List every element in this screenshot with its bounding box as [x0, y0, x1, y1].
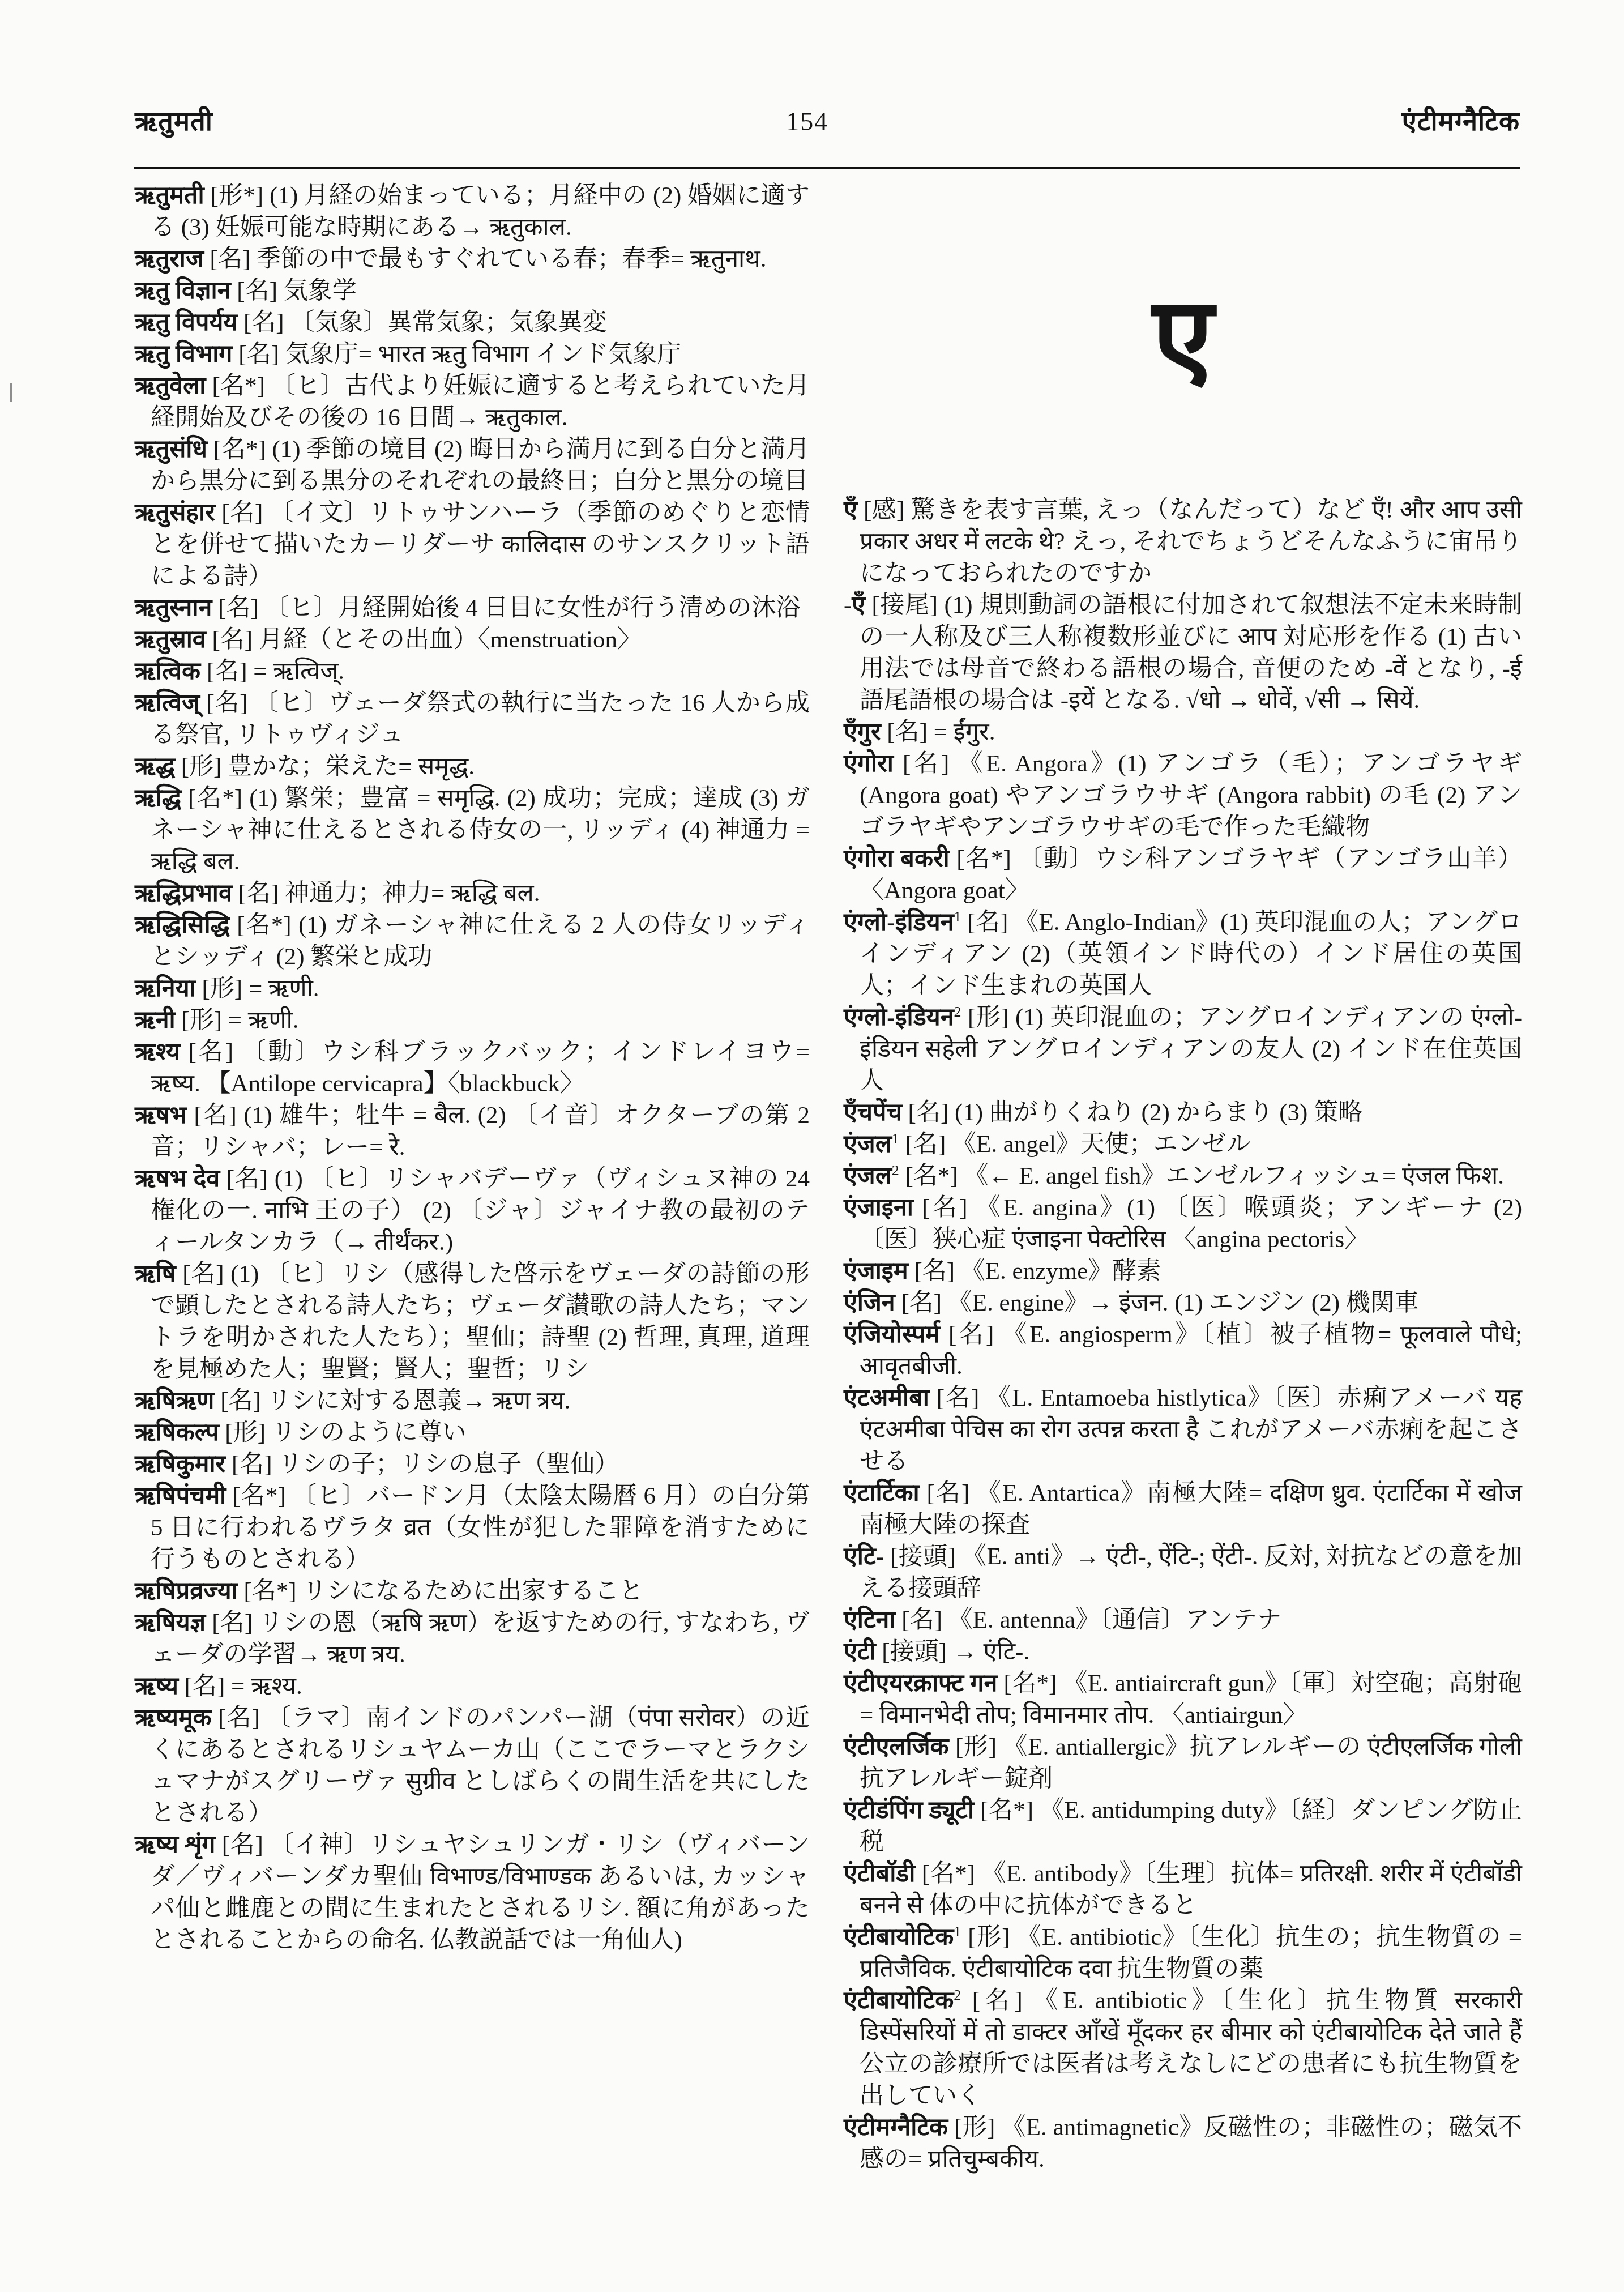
- dictionary-entry: ऋषिकुमार [名] リシの子；リシの息子（聖仙）: [135, 1449, 810, 1480]
- dictionary-entry: ऋनी [形] = ऋणी.: [135, 1005, 810, 1036]
- entry-headword: एंजल: [844, 1163, 892, 1189]
- dictionary-entry: ऋषिपंचमी [名*] 〔ヒ〕バードン月（太陰太陽暦 6 月）の白分第 5 …: [135, 1480, 810, 1576]
- entry-headword: एंजाइना: [844, 1194, 913, 1221]
- entry-pos-label: [形]: [202, 975, 243, 1002]
- entry-pos-label: [名]: [901, 1290, 942, 1316]
- entry-pos-label: [名]: [212, 626, 253, 653]
- entry-pos-label: [形]: [181, 753, 222, 780]
- dictionary-entry: ऋद्ध [形] 豊かな；栄えた= समृद्ध.: [135, 751, 810, 783]
- entry-headword: एंटीएयरक्राफ्ट गन: [844, 1670, 997, 1697]
- header-rule: [134, 167, 1520, 169]
- entry-headword: एँ: [844, 497, 857, 523]
- entry-pos-label: [名*]: [237, 912, 291, 938]
- entry-headword: ऋतुस्राव: [135, 626, 206, 653]
- entry-headword: एंटीबायोटिक: [844, 1924, 954, 1950]
- entry-definition: = ऋत्विज्.: [253, 658, 344, 685]
- dictionary-entry: एंटिना [名] 《E. antenna》〔通信〕アンテナ: [844, 1604, 1522, 1636]
- dictionary-entry: एँ [感] 驚きを表す言葉, えっ（なんだって）など एँ! और आप उस…: [844, 494, 1522, 590]
- entry-headword: ऋषि: [135, 1261, 176, 1287]
- dictionary-entry: ऋद्धिसिद्धि [名*] (1) ガネーシャ神に仕える 2 人の侍女リッ…: [135, 910, 810, 973]
- dictionary-entry: ऋषभ देव [名] (1) 〔ヒ〕リシャバデーヴァ（ヴィシュヌ神の 24 権…: [135, 1163, 810, 1258]
- entry-superscript: 2: [954, 1987, 961, 2003]
- entry-definition: 豊かな；栄えた= समृद्ध.: [228, 753, 475, 780]
- entry-pos-label: [名]: [922, 1194, 968, 1221]
- dictionary-entry: एंजल1 [名] 《E. angel》天使；エンゼル: [844, 1129, 1522, 1160]
- entry-headword: ऋषिकल्प: [135, 1419, 219, 1446]
- entry-headword: ऋषिकुमार: [135, 1451, 225, 1478]
- entry-headword: एंटीएलर्जिक: [844, 1734, 949, 1760]
- entry-pos-label: [名]: [226, 1166, 268, 1192]
- entry-pos-label: [形]: [955, 1734, 997, 1760]
- dictionary-entry: ऋष्य [名] = ऋश्य.: [135, 1671, 810, 1702]
- entry-pos-label: [形]: [968, 1004, 1009, 1031]
- entry-pos-label: [形]: [225, 1419, 266, 1446]
- entry-pos-label: [名*]: [1004, 1670, 1057, 1697]
- entry-headword: एंजाइम: [844, 1258, 908, 1284]
- entry-pos-label: [名]: [905, 1131, 946, 1158]
- dictionary-entry: ऋत्विक [名] = ऋत्विज्.: [135, 656, 810, 688]
- entry-headword: एंटअमीबा: [844, 1385, 929, 1411]
- dictionary-entry: एंटीबॉडी [名*] 《E. antibody》〔生理〕抗体= प्रति…: [844, 1858, 1522, 1922]
- entry-headword: एंटार्टिका: [844, 1480, 920, 1506]
- entry-definition: 《E. antenna》〔通信〕アンテナ: [948, 1607, 1281, 1633]
- entry-definition: 〔動〕ウシ科ブラックバック；インドレイヨウ= ऋष्य. 【Antilope c…: [151, 1039, 810, 1097]
- entry-headword: -एँ: [844, 592, 865, 618]
- entry-pos-label: [形]: [181, 1007, 222, 1034]
- entry-pos-label: [名]: [967, 909, 1008, 936]
- dictionary-entry: ऋष्यमूक [名] 〔ラマ〕南インドのパンパー湖（पंपा सरोवर）の近…: [135, 1702, 810, 1829]
- entry-definition: (1) 規則動詞の語根に付加されて叙想法不定未来時制の一人称及び三人称複数形並び…: [860, 592, 1522, 714]
- entry-headword: ऋषिऋण: [135, 1388, 214, 1414]
- entry-headword: ऋष्य शृंग: [135, 1832, 215, 1858]
- dictionary-entry: ऋतुस्राव [名] 月経（とその出血）〈menstruation〉: [135, 624, 810, 656]
- entry-pos-label: [名]: [914, 1258, 955, 1284]
- entry-definition: 月経（とその出血）〈menstruation〉: [259, 626, 642, 653]
- dictionary-entry: एंटीमग्नैटिक [形] 《E. antimagnetic》反磁性の；非…: [844, 2112, 1522, 2175]
- guide-word-right: एंटीमग्नैटिक: [1402, 108, 1520, 137]
- dictionary-entry: एंग्लो-इंडियन1 [名] 《E. Anglo-Indian》(1) …: [844, 907, 1522, 1002]
- dictionary-entry: ऋतु विभाग [名] 気象庁= भारत ऋतु विभाग インド気象庁: [135, 339, 810, 370]
- entry-headword: ऋतुवेला: [135, 373, 206, 399]
- entry-pos-label: [名]: [218, 1705, 260, 1731]
- entry-definition: = ईंगुर.: [934, 719, 995, 745]
- entry-headword: ऋद्धि: [135, 785, 181, 812]
- entry-definition: = ऋणी.: [249, 975, 319, 1002]
- entry-pos-label: [名*]: [188, 785, 242, 812]
- entry-pos-label: [接頭]: [882, 1638, 947, 1665]
- entry-definition: 〔気象〕異常気象；気象異変: [290, 309, 606, 336]
- entry-pos-label: [名]: [212, 1610, 253, 1636]
- entry-pos-label: [名*]: [243, 1578, 296, 1604]
- entry-pos-label: [名]: [937, 1385, 980, 1411]
- entry-headword: ऋत्विक: [135, 658, 200, 685]
- entry-definition: → एंटि-.: [953, 1638, 1029, 1665]
- dictionary-entry: एंजियोस्पर्म [名] 《E. angiosperm》〔植〕被子植物=…: [844, 1319, 1522, 1382]
- dictionary-entry: एंटी [接頭] → एंटि-.: [844, 1636, 1522, 1668]
- entry-definition: 神通力；神力= ऋद्धि बल.: [285, 880, 540, 907]
- entry-definition: リシのように尊い: [272, 1419, 467, 1446]
- entry-headword: एंजल: [844, 1131, 892, 1158]
- left-column: ऋतुमती [形*] (1) 月経の始まっている；月経中の (2) 婚姻に適す…: [135, 180, 810, 1956]
- entry-headword: एंटीबॉडी: [844, 1860, 915, 1887]
- entry-headword: ऋतुस्नान: [135, 595, 212, 621]
- entry-pos-label: [名]: [887, 719, 928, 745]
- entry-definition: 《E. anti》→ एंटी-, ऐंटि-; ऐंटी-. 反対, 対抗など…: [860, 1543, 1522, 1602]
- entry-pos-label: [名]: [926, 1480, 969, 1506]
- dictionary-entry: ऋतु विज्ञान [名] 気象学: [135, 275, 810, 307]
- entry-pos-label: [名]: [189, 1039, 233, 1065]
- entry-definition: (1) 曲がりくねり (2) からまり (3) 策略: [955, 1099, 1362, 1126]
- entry-pos-label: [名]: [243, 309, 284, 336]
- entry-pos-label: [名]: [218, 595, 259, 621]
- entry-headword: ऋष्य: [135, 1673, 178, 1700]
- entry-definition: 《← E. angel fish》エンゼルフィッシュ= एंजल फिश.: [964, 1163, 1503, 1189]
- entry-headword: ऋनिया: [135, 975, 196, 1002]
- entry-pos-label: [名]: [207, 658, 247, 685]
- entry-headword: ऋद्ध: [135, 753, 175, 780]
- entry-headword: एंग्लो-इंडियन: [844, 1004, 954, 1031]
- entry-superscript: 1: [954, 908, 961, 925]
- entry-headword: ऋषिपंचमी: [135, 1483, 226, 1509]
- entry-pos-label: [名]: [901, 1607, 942, 1633]
- entry-superscript: 1: [892, 1130, 899, 1147]
- entry-headword: ऋतु विभाग: [135, 341, 233, 368]
- entry-headword: ऋतुराज: [135, 246, 204, 272]
- dictionary-entry: ऋनिया [形] = ऋणी.: [135, 973, 810, 1005]
- entry-headword: एंटी: [844, 1638, 876, 1665]
- dictionary-entry: ऋतुमती [形*] (1) 月経の始まっている；月経中の (2) 婚姻に適す…: [135, 180, 810, 244]
- dictionary-entry: ऋतुराज [名] 季節の中で最もすぐれている春；春季= ऋतुनाथ.: [135, 244, 810, 275]
- dictionary-entry: ऋषि [名] (1) 〔ヒ〕リシ（感得した啓示をヴェーダの詩節の形で顕したとさ…: [135, 1258, 810, 1385]
- entry-definition: = ऋणी.: [228, 1007, 299, 1034]
- entry-pos-label: [名]: [222, 1832, 263, 1858]
- entry-definition: 《E. engine》→ इंजन. (1) エンジン (2) 機関車: [948, 1290, 1419, 1316]
- entry-superscript: 2: [954, 1004, 961, 1020]
- right-column-entries: एँ [感] 驚きを表す言葉, えっ（なんだって）など एँ! और आप उस…: [844, 494, 1522, 2175]
- dictionary-entry: ऋतुस्नान [名] 〔ヒ〕月経開始後 4 日目に女性が行う清めの沐浴: [135, 592, 810, 624]
- entry-superscript: 2: [892, 1162, 899, 1179]
- entry-definition: 気象学: [284, 278, 357, 304]
- entry-headword: ऋषिप्रव्रज्या: [135, 1578, 238, 1604]
- entry-headword: ऋषभ देव: [135, 1166, 220, 1192]
- dictionary-page: ऋतुमती 154 एंटीमग्नैटिक ऋतुमती [形*] (1) …: [0, 0, 1624, 2292]
- entry-pos-label: [形*]: [211, 182, 264, 209]
- entry-pos-label: [名]: [903, 750, 949, 777]
- entry-definition: (1) 〔ヒ〕リシ（感得した啓示をヴェーダの詩節の形で顕したとされる詩人たち；ヴ…: [151, 1261, 810, 1382]
- entry-headword: ऋतुसंधि: [135, 436, 207, 463]
- entry-headword: एंग्लो-इंडियन: [844, 909, 954, 936]
- dictionary-entry: एंटीएयरक्राफ्ट गन [名*] 《E. antiaircraft …: [844, 1668, 1522, 1731]
- guide-word-left: ऋतुमती: [135, 108, 213, 137]
- entry-pos-label: [名]: [232, 1451, 272, 1478]
- dictionary-entry: एंजाइना [名] 《E. angina》(1) 〔医〕喉頭炎；アンギーナ …: [844, 1192, 1522, 1256]
- entry-definition: (1) 雄牛；牡牛 = बैल. (2) 〔イ音〕オクターブの第 2 音；リシャ…: [151, 1102, 810, 1160]
- dictionary-entry: ऋषिकल्प [形] リシのように尊い: [135, 1417, 810, 1449]
- entry-definition: リシに対する恩義→ ऋण त्रय.: [267, 1388, 571, 1414]
- dictionary-entry: ऋतुसंधि [名*] (1) 季節の境目 (2) 晦日から満月に到る白分と満…: [135, 434, 810, 497]
- entry-pos-label: [名]: [972, 1987, 1023, 2014]
- entry-superscript: 1: [954, 1923, 961, 1940]
- dictionary-entry: एंटीबायोटिक1 [形] 《E. antibiotic》〔生化〕抗生の；…: [844, 1922, 1522, 1985]
- dictionary-entry: ऋषियज्ञ [名] リシの恩（ऋषि ऋण）を返すための行, すなわち, ヴ…: [135, 1607, 810, 1671]
- right-column: ए एँ [感] 驚きを表す言葉, えっ（なんだって）など एँ! और आप …: [844, 180, 1522, 2175]
- entry-definition: 驚きを表す言葉, えっ（なんだって）など एँ! और आप उसी प्रका…: [860, 497, 1522, 587]
- entry-headword: ऋद्धिसिद्धि: [135, 912, 230, 938]
- dictionary-entry: एंजाइम [名] 《E. enzyme》酵素: [844, 1256, 1522, 1287]
- entry-pos-label: [名]: [238, 880, 279, 907]
- entry-headword: ऋषभ: [135, 1102, 187, 1129]
- entry-definition: 《E. angel》天使；エンゼル: [952, 1131, 1251, 1158]
- entry-definition: (1) 繁栄；豊富 = समृद्धि. (2) 成功；完成；達成 (3) ガネ…: [151, 785, 810, 875]
- dictionary-entry: ऋतु विपर्यय [名] 〔気象〕異常気象；気象異変: [135, 307, 810, 339]
- entry-headword: ऋषियज्ञ: [135, 1610, 206, 1636]
- entry-headword: ऋतु विपर्यय: [135, 309, 237, 336]
- entry-pos-label: [名]: [185, 1673, 225, 1700]
- entry-pos-label: [名]: [194, 1102, 236, 1129]
- dictionary-entry: -एँ [接尾] (1) 規則動詞の語根に付加されて叙想法不定未来時制の一人称及…: [844, 590, 1522, 716]
- page-header: ऋतुमती 154 एंटीमग्नैटिक: [135, 108, 1520, 137]
- entry-pos-label: [名*]: [905, 1163, 958, 1189]
- dictionary-entry: एंटअमीबा [名] 《L. Entamoeba histlytica》〔医…: [844, 1382, 1522, 1478]
- dictionary-entry: ऋषिऋण [名] リシに対する恩義→ ऋण त्रय.: [135, 1385, 810, 1417]
- entry-pos-label: [接頭]: [890, 1543, 956, 1570]
- dictionary-entry: एंटीडंपिंग ड्यूटी [名*] 《E. antidumping d…: [844, 1795, 1522, 1858]
- entry-headword: एंटीमग्नैटिक: [844, 2114, 948, 2141]
- entry-headword: एंगोरा बकरी: [844, 846, 950, 872]
- dictionary-entry: एंगोरा [名] 《E. Angora》(1) アンゴラ（毛）；アンゴラヤギ…: [844, 748, 1522, 843]
- entry-pos-label: [名]: [182, 1261, 224, 1287]
- dictionary-entry: ऋषभ [名] (1) 雄牛；牡牛 = बैल. (2) 〔イ音〕オクターブの第…: [135, 1100, 810, 1163]
- entry-headword: एँचपेंच: [844, 1099, 902, 1126]
- entry-headword: एंजियोस्पर्म: [844, 1321, 940, 1348]
- entry-headword: एंटीबायोटिक: [844, 1987, 954, 2014]
- dictionary-entry: एँचपेंच [名] (1) 曲がりくねり (2) からまり (3) 策略: [844, 1097, 1522, 1129]
- entry-pos-label: [名]: [237, 278, 277, 304]
- entry-headword: ऋतुमती: [135, 182, 204, 209]
- entry-headword: ऋतुसंहार: [135, 500, 215, 526]
- dictionary-entry: एंटार्टिका [名] 《E. Antartica》南極大陸= दक्षि…: [844, 1478, 1522, 1541]
- entry-pos-label: [名]: [908, 1099, 949, 1126]
- entry-pos-label: [形]: [968, 1924, 1010, 1950]
- page-number: 154: [786, 108, 828, 136]
- entry-pos-label: [名]: [220, 1388, 261, 1414]
- entry-definition: = ऋश्य.: [231, 1673, 302, 1700]
- entry-headword: ऋष्यमूक: [135, 1705, 212, 1731]
- entry-pos-label: [名*]: [956, 846, 1011, 872]
- entry-pos-label: [形]: [954, 2114, 995, 2141]
- entry-definition: 気象庁= भारत ऋतु विभाग インド気象庁: [285, 341, 682, 368]
- entry-headword: ऋश्य: [135, 1039, 180, 1065]
- entry-pos-label: [名]: [221, 500, 263, 526]
- entry-pos-label: [名]: [948, 1321, 994, 1348]
- dictionary-entry: एंटि- [接頭] 《E. anti》→ एंटी-, ऐंटि-; ऐंटी…: [844, 1541, 1522, 1604]
- entry-pos-label: [名]: [206, 690, 247, 716]
- scan-artifact: [10, 383, 12, 402]
- entry-definition: リシの子；リシの息子（聖仙）: [278, 1451, 619, 1478]
- entry-pos-label: [名*]: [233, 1483, 286, 1509]
- entry-headword: ऋत्विज्: [135, 690, 200, 716]
- entry-pos-label: [名*]: [980, 1797, 1033, 1824]
- entry-definition: 《E. enzyme》酵素: [961, 1258, 1161, 1284]
- section-letter: ए: [844, 268, 1522, 409]
- dictionary-entry: एंगोरा बकरी [名*] 〔動〕ウシ科アンゴラヤギ（アンゴラ山羊）〈An…: [844, 843, 1522, 907]
- entry-pos-label: [名*]: [212, 373, 265, 399]
- entry-pos-label: [名]: [210, 246, 251, 272]
- entry-headword: एंटिना: [844, 1607, 896, 1633]
- dictionary-entry: एंटीबायोटिक2 [名] 《E. antibiotic》〔生化〕抗生物質…: [844, 1985, 1522, 2112]
- entry-definition: 季節の中で最もすぐれている春；春季= ऋतुनाथ.: [257, 246, 766, 272]
- entry-definition: 《E. Angora》(1) アンゴラ（毛）；アンゴラヤギ (Angora go…: [860, 750, 1522, 840]
- entry-headword: एँगुर: [844, 719, 881, 745]
- entry-headword: एंटीडंपिंग ड्यूटी: [844, 1797, 974, 1824]
- entry-headword: ऋनी: [135, 1007, 176, 1034]
- entry-pos-label: [名*]: [922, 1860, 975, 1887]
- dictionary-entry: ऋत्विज् [名] 〔ヒ〕ヴェーダ祭式の執行に当たった 16 人から成る祭官…: [135, 688, 810, 751]
- entry-definition: リシになるために出家すること: [302, 1578, 643, 1604]
- entry-headword: ऋद्धिप्रभाव: [135, 880, 232, 907]
- dictionary-entry: ऋतुसंहार [名] 〔イ文〕リトゥサンハーラ（季節のめぐりと恋情とを併せて…: [135, 497, 810, 592]
- dictionary-entry: एंजिन [名] 《E. engine》→ इंजन. (1) エンジン (2…: [844, 1287, 1522, 1319]
- dictionary-entry: एंटीएलर्जिक [形] 《E. antiallergic》抗アレルギーの…: [844, 1731, 1522, 1795]
- entry-headword: एंटि-: [844, 1543, 884, 1570]
- dictionary-entry: ऋद्धि [名*] (1) 繁栄；豊富 = समृद्धि. (2) 成功；完…: [135, 783, 810, 878]
- dictionary-entry: ऋष्य शृंग [名] 〔イ神〕リシュヤシュリンガ・リシ（ヴィバーンダ／ヴィ…: [135, 1829, 810, 1956]
- dictionary-entry: एंग्लो-इंडियन2 [形] (1) 英印混血の；アングロインディアンの…: [844, 1002, 1522, 1097]
- entry-pos-label: [名]: [238, 341, 279, 368]
- entry-pos-label: [名*]: [213, 436, 266, 463]
- entry-definition: 〔ヒ〕月経開始後 4 日目に女性が行う清めの沐浴: [265, 595, 801, 621]
- dictionary-entry: एंजल2 [名*] 《← E. angel fish》エンゼルフィッシュ= ए…: [844, 1160, 1522, 1192]
- entry-definition: 《E. antibiotic》〔生化〕抗生物質 सरकारी डिस्पेंसर…: [860, 1987, 1522, 2109]
- dictionary-entry: ऋद्धिप्रभाव [名] 神通力；神力= ऋद्धि बल.: [135, 878, 810, 910]
- entry-headword: एंजिन: [844, 1290, 895, 1316]
- dictionary-entry: ऋश्य [名] 〔動〕ウシ科ブラックバック；インドレイヨウ= ऋष्य. 【A…: [135, 1036, 810, 1100]
- dictionary-entry: एँगुर [名] = ईंगुर.: [844, 716, 1522, 748]
- entry-pos-label: [感]: [864, 497, 904, 523]
- dictionary-entry: ऋतुवेला [名*] 〔ヒ〕古代より妊娠に適すると考えられていた月経開始及び…: [135, 370, 810, 434]
- entry-definition: 〔ヒ〕ヴェーダ祭式の執行に当たった 16 人から成る祭官, リトゥヴィジュ: [151, 690, 810, 748]
- entry-headword: एंगोरा: [844, 750, 894, 777]
- entry-headword: ऋतु विज्ञान: [135, 278, 231, 304]
- entry-pos-label: [接尾]: [871, 592, 938, 618]
- dictionary-entry: ऋषिप्रव्रज्या [名*] リシになるために出家すること: [135, 1576, 810, 1607]
